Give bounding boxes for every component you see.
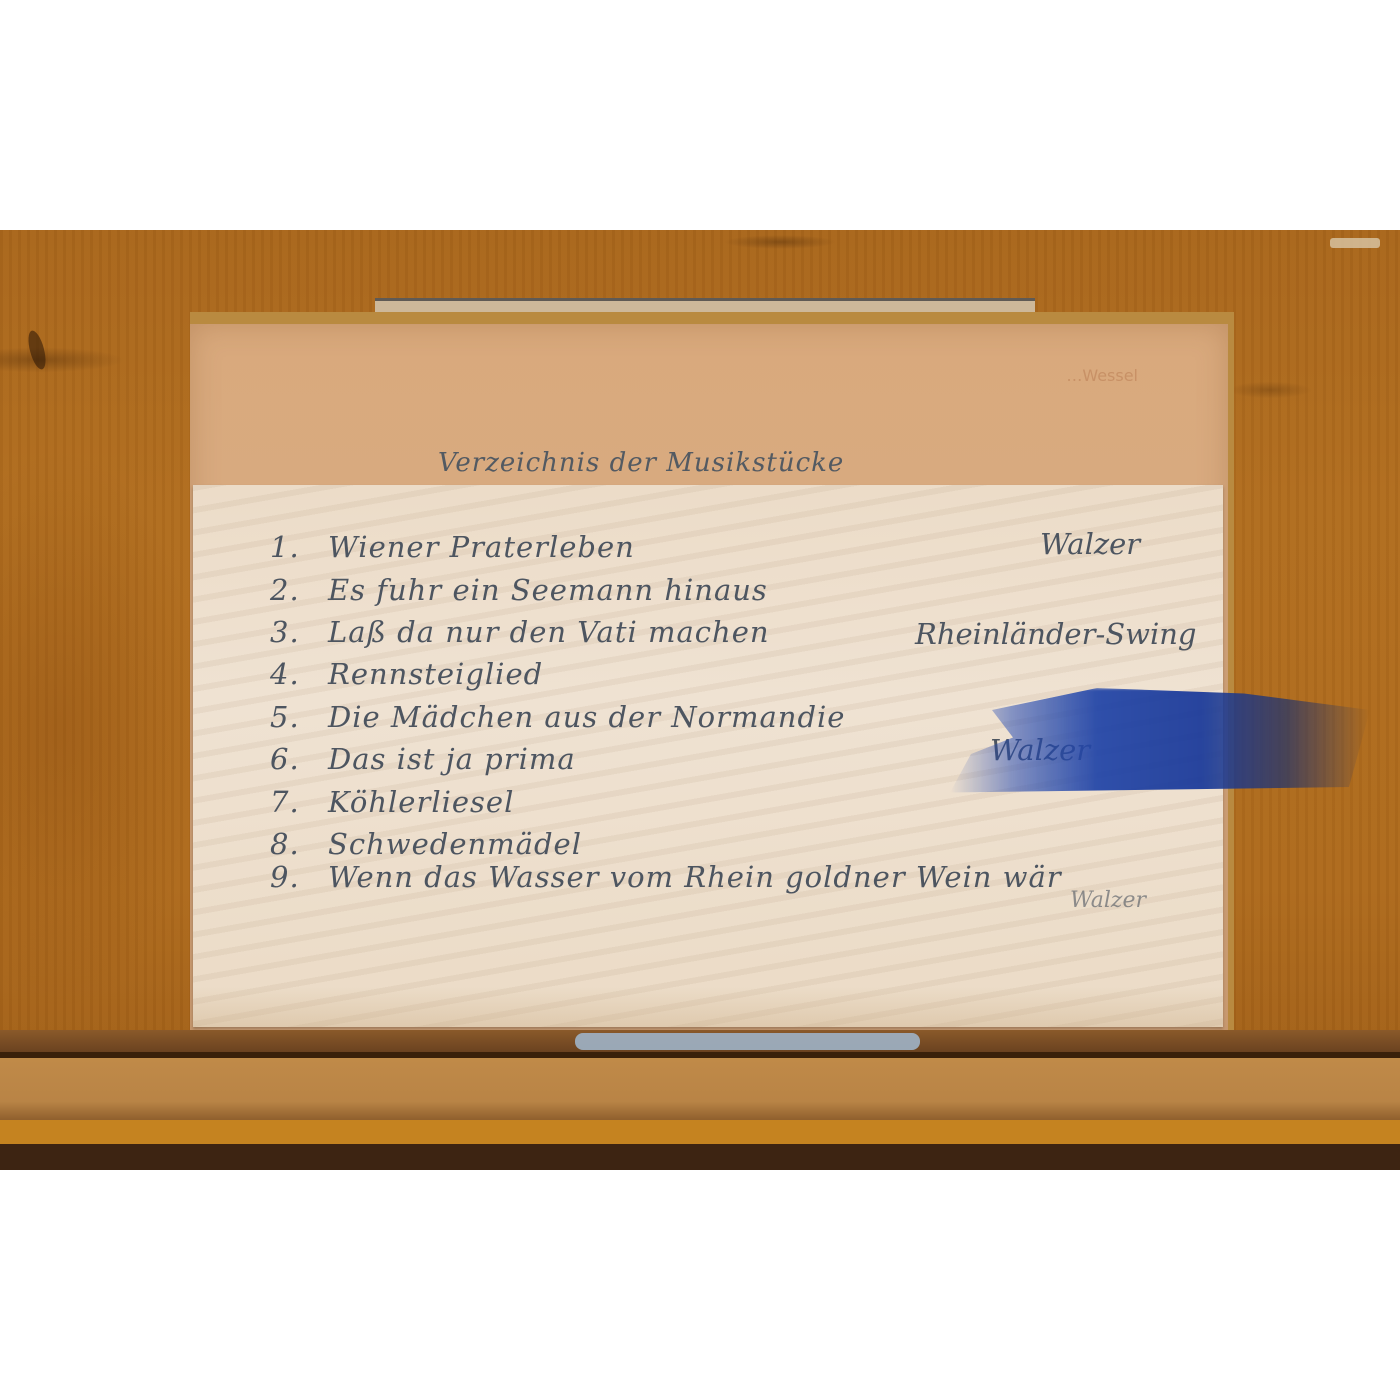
blue-paint-patch [575,1033,920,1050]
tune-title: Das ist ja prima [328,742,576,776]
water-stain [193,987,1223,1027]
maker-stamp: …Wessel [938,364,1138,388]
tune-list-item: 2.Es fuhr ein Seemann hinaus [270,573,768,607]
lid-rail-shadow [0,1144,1400,1170]
tune-list-item: 6.Das ist ja prima [270,742,576,776]
tune-title: Es fuhr ein Seemann hinaus [328,573,768,607]
tune-list-item: 5.Die Mädchen aus der Normandie [270,700,845,734]
paint-chip [1330,238,1380,248]
tune-number: 5. [270,700,328,734]
tune-number: 7. [270,785,328,819]
tune-number: 1. [270,530,328,564]
tune-number: 3. [270,615,328,649]
tune-number: 8. [270,827,328,861]
tune-genre: Walzer [1040,527,1140,561]
tune-title: Rennsteiglied [328,657,543,691]
tune-genre: Walzer [1070,888,1146,913]
lid-rail [0,1058,1400,1120]
lid-rail-edge [0,1120,1400,1144]
tune-title: Die Mädchen aus der Normandie [328,700,845,734]
tune-list-item: 4.Rennsteiglied [270,657,543,691]
tune-number: 2. [270,573,328,607]
tune-list-item: 1.Wiener Praterleben [270,530,635,564]
tune-title: Laß da nur den Vati machen [328,615,770,649]
tune-list-item: 8.Schwedenmädel [270,827,582,861]
tune-list-item: 7.Köhlerliesel [270,785,514,819]
tune-genre: Rheinländer-Swing [915,617,1196,651]
tune-title: Köhlerliesel [328,785,514,819]
tune-list-item: 3.Laß da nur den Vati machen [270,615,770,649]
tune-number: 4. [270,657,328,691]
tune-number: 6. [270,742,328,776]
tune-title: Wenn das Wasser vom Rhein goldner Wein w… [328,860,1062,894]
tune-title: Schwedenmädel [328,827,582,861]
tune-list-item: 9.Wenn das Wasser vom Rhein goldner Wein… [270,860,1062,894]
list-title: Verzeichnis der Musikstücke [438,448,918,478]
tune-title: Wiener Praterleben [328,530,635,564]
tune-number: 9. [270,860,328,894]
